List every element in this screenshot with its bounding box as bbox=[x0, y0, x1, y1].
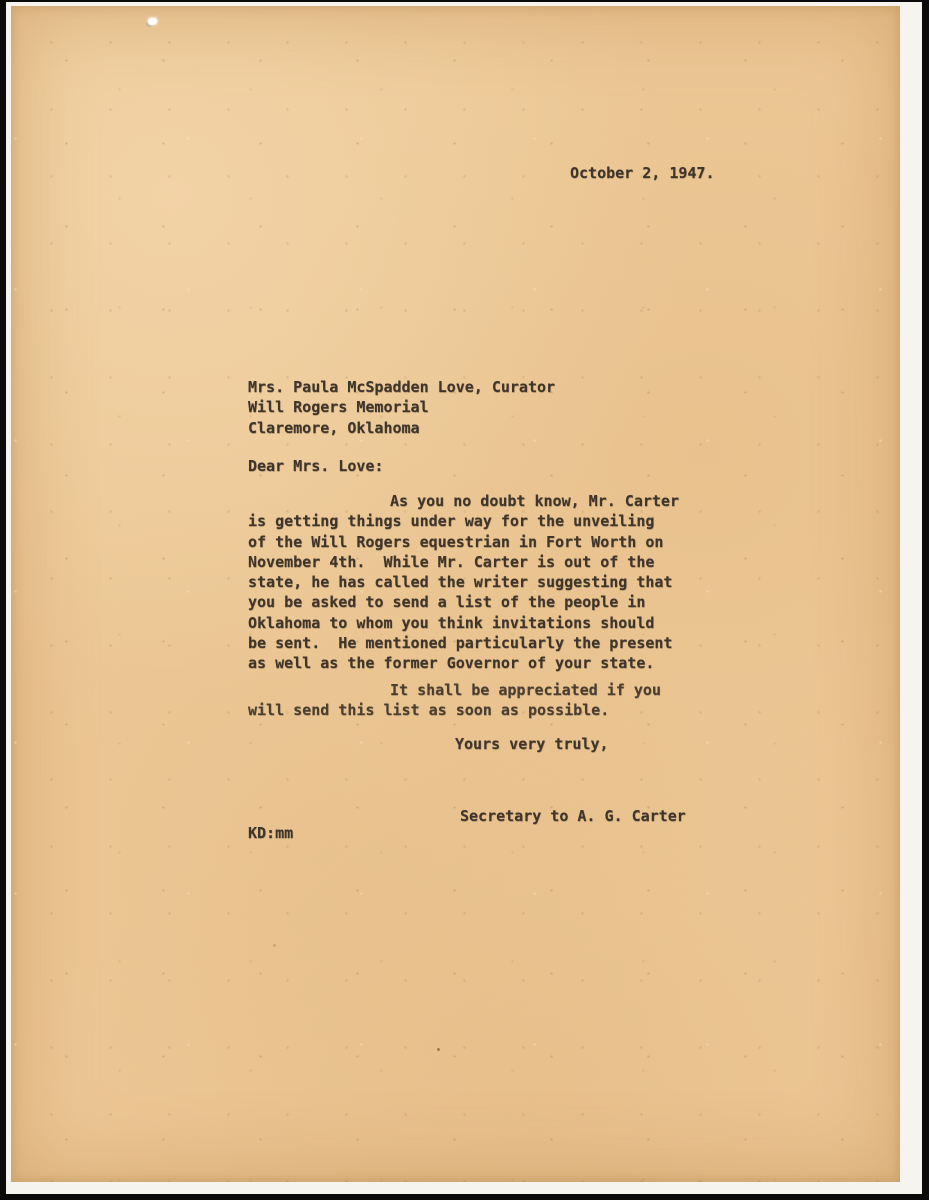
paper-speck bbox=[148, 18, 157, 25]
complimentary-close: Yours very truly, bbox=[455, 734, 609, 754]
letter-text-line: is getting things under way for the unve… bbox=[248, 511, 679, 531]
letter-text-line: November 4th. While Mr. Carter is out of… bbox=[248, 552, 679, 572]
signature-line: Secretary to A. G. Carter bbox=[460, 806, 686, 826]
body-paragraph-1: As you no doubt know, Mr. Carteris getti… bbox=[248, 491, 679, 674]
letter-paper: October 2, 1947. Mrs. Paula McSpadden Lo… bbox=[11, 6, 900, 1182]
letter-text-line: Oklahoma to whom you think invitations s… bbox=[248, 613, 679, 633]
letter-text-line: As you no doubt know, Mr. Carter bbox=[248, 491, 679, 511]
letter-text-line: of the Will Rogers equestrian in Fort Wo… bbox=[248, 532, 679, 552]
dust-dot bbox=[437, 1048, 440, 1051]
letter-text-line: you be asked to send a list of the peopl… bbox=[248, 592, 679, 612]
body-paragraph-2: It shall be appreciated if youwill send … bbox=[248, 680, 661, 721]
letter-text-line: Claremore, Oklahoma bbox=[248, 418, 555, 438]
letter-text-line: state, he has called the writer suggesti… bbox=[248, 572, 679, 592]
letter-text-line: as well as the former Governor of your s… bbox=[248, 653, 679, 673]
typist-initials: KD:mm bbox=[248, 823, 293, 843]
letter-text-line: Will Rogers Memorial bbox=[248, 397, 555, 417]
letter-text-line: be sent. He mentioned particularly the p… bbox=[248, 633, 679, 653]
dust-dot bbox=[273, 944, 276, 947]
letter-text-line: will send this list as soon as possible. bbox=[248, 700, 661, 720]
recipient-address: Mrs. Paula McSpadden Love, CuratorWill R… bbox=[248, 377, 555, 438]
salutation: Dear Mrs. Love: bbox=[248, 456, 383, 476]
date-line: October 2, 1947. bbox=[570, 163, 715, 183]
letter-text-line: Mrs. Paula McSpadden Love, Curator bbox=[248, 377, 555, 397]
letter-text-line: It shall be appreciated if you bbox=[248, 680, 661, 700]
scanned-letter-page: { "letter": { "date": "October 2, 1947."… bbox=[0, 0, 929, 1200]
